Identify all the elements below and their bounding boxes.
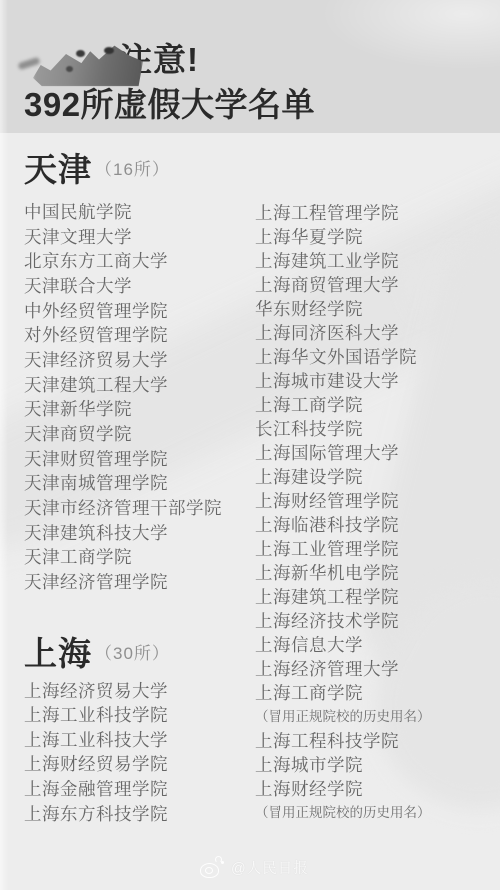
- section-count: （30所）: [95, 631, 170, 677]
- watermark-credit: @人民日报: [200, 856, 309, 878]
- university-name: 天津建筑科技大学: [24, 521, 254, 546]
- university-name: 华东财经学院: [255, 297, 500, 321]
- section-count: （16所）: [95, 147, 170, 193]
- university-name: 上海经济技术学院: [255, 609, 500, 633]
- scribble-dot: [66, 66, 73, 72]
- note-line: （冒用正规院校的历史用名）: [255, 705, 500, 729]
- infographic-page: 注意! 392所虚假大学名单 天津（16所）中国民航学院天津文理大学北京东方工商…: [0, 0, 500, 890]
- page-title: 392所虚假大学名单: [24, 84, 315, 126]
- credit-text: @人民日报: [231, 857, 309, 878]
- university-name: 上海工业管理学院: [255, 537, 500, 561]
- weibo-eye-shape: [200, 863, 219, 878]
- university-name: 上海东方科技学院: [24, 802, 254, 827]
- university-name: 天津工商学院: [24, 545, 254, 570]
- university-name: 天津新华学院: [24, 397, 254, 422]
- header-banner: 注意! 392所虚假大学名单: [0, 0, 500, 133]
- university-name: 上海建筑工业学院: [255, 249, 500, 273]
- scribble-dot: [76, 50, 85, 57]
- university-name: 上海华文外国语学院: [255, 345, 500, 369]
- scribble-dot: [104, 47, 114, 54]
- university-name: 上海信息大学: [255, 633, 500, 657]
- scribble-redaction-tail: [17, 57, 40, 70]
- university-name: 上海国际管理大学: [255, 441, 500, 465]
- university-name: 上海金融管理学院: [24, 777, 254, 802]
- section-header: 天津（16所）: [24, 147, 254, 193]
- university-name: 天津市经济管理干部学院: [24, 496, 254, 521]
- university-name: 上海工商学院: [255, 393, 500, 417]
- note-line: （冒用正规院校的历史用名）: [255, 801, 500, 825]
- university-name: 上海商贸管理大学: [255, 273, 500, 297]
- university-name: 上海临港科技学院: [255, 513, 500, 537]
- weibo-icon: [200, 856, 224, 878]
- university-name: 上海经济贸易大学: [24, 679, 254, 704]
- column-left: 天津（16所）中国民航学院天津文理大学北京东方工商大学天津联合大学中外经贸管理学…: [24, 147, 254, 826]
- university-name: 上海建筑工程学院: [255, 585, 500, 609]
- university-name: 上海财经贸易学院: [24, 752, 254, 777]
- university-name: 天津经济管理学院: [24, 570, 254, 595]
- university-name: 上海财经学院: [255, 777, 500, 801]
- university-name: 天津建筑工程大学: [24, 373, 254, 398]
- left-edge-highlight: [0, 0, 8, 890]
- university-name: 上海同济医科大学: [255, 321, 500, 345]
- section-title: 上海: [24, 631, 92, 677]
- university-name: 中国民航学院: [24, 200, 254, 225]
- university-name: 天津联合大学: [24, 274, 254, 299]
- header-line1: 注意!: [119, 40, 199, 80]
- section-title: 天津: [24, 147, 92, 193]
- weibo-spark-dot: [221, 861, 224, 864]
- university-name: 上海工业科技学院: [24, 703, 254, 728]
- university-name: 天津财贸管理学院: [24, 447, 254, 472]
- university-name: 北京东方工商大学: [24, 249, 254, 274]
- university-name: 天津南城管理学院: [24, 471, 254, 496]
- university-name: 天津商贸学院: [24, 422, 254, 447]
- university-name: 天津经济贸易大学: [24, 348, 254, 373]
- university-name: 上海经济管理大学: [255, 657, 500, 681]
- university-name: 上海新华机电学院: [255, 561, 500, 585]
- university-name: 上海建设学院: [255, 465, 500, 489]
- university-name: 对外经贸管理学院: [24, 323, 254, 348]
- university-name: 长江科技学院: [255, 417, 500, 441]
- university-name: 中外经贸管理学院: [24, 299, 254, 324]
- university-name: 上海财经管理学院: [255, 489, 500, 513]
- university-name: 上海工商学院: [255, 681, 500, 705]
- university-name: 上海工程科技学院: [255, 729, 500, 753]
- university-name: 上海工业科技大学: [24, 728, 254, 753]
- university-name: 上海华夏学院: [255, 225, 500, 249]
- university-name: 天津文理大学: [24, 225, 254, 250]
- university-name: 上海城市学院: [255, 753, 500, 777]
- university-name: 上海城市建设大学: [255, 369, 500, 393]
- university-name: 上海工程管理学院: [255, 201, 500, 225]
- section-header: 上海（30所）: [24, 631, 254, 677]
- column-right: 上海工程管理学院上海华夏学院上海建筑工业学院上海商贸管理大学华东财经学院上海同济…: [255, 201, 500, 825]
